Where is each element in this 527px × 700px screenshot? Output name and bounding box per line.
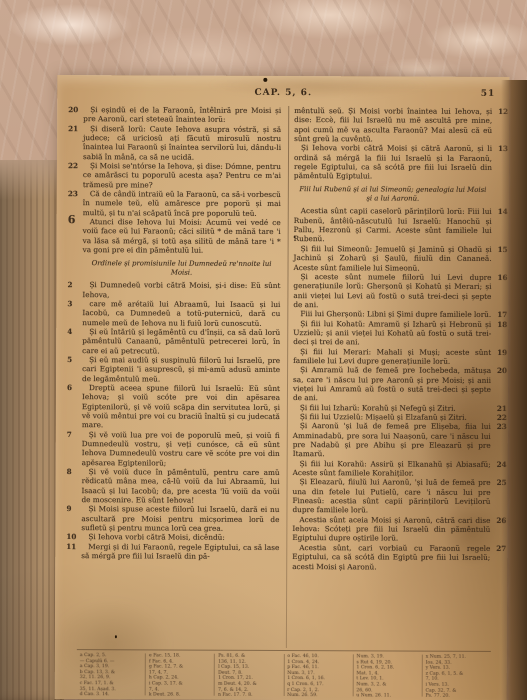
footnote-reference: Ps. 77, 20. bbox=[426, 694, 488, 697]
verse-paragraph: 6Dreptŭ aceea spune fiilorŭ lui Israelŭ:… bbox=[82, 383, 280, 431]
footnote-references-block: a Cap. 2, 5.— Capulŭ 6. —a Cap. 3, 19.b … bbox=[77, 649, 491, 697]
verse-paragraph: 7Și vĕ voiŭ lua pre voi de poporulŭ meŭ,… bbox=[82, 430, 280, 468]
verse-text: Dreptŭ aceea spune fiilorŭ lui Israelŭ: … bbox=[82, 383, 280, 429]
verse-paragraph: 4Și eŭ întăriŭ și legămêntŭ cu d'înșii, … bbox=[82, 327, 280, 356]
verse-text: Ordinele și promisiunile lui Dumnedeŭ re… bbox=[92, 259, 272, 276]
verse-number: 10 bbox=[66, 533, 76, 542]
page-header: CAP. 5, 6. 51 bbox=[57, 75, 509, 103]
verse-paragraph: 21Și diseră lorŭ: Caute Iehova asupra vó… bbox=[83, 124, 281, 162]
verse-paragraph: 25Și Eleazarŭ, fiiulŭ lui Aaronŭ, 'și lu… bbox=[292, 477, 490, 515]
verse-paragraph: 6Atunci dise Iehova lui Moisi: Acumŭ vei… bbox=[83, 217, 281, 255]
verse-number: 23 bbox=[68, 189, 78, 198]
verse-number: 4 bbox=[67, 327, 72, 336]
verse-paragraph: 5Și eŭ mai audiŭ și suspinulŭ fiilorŭ lu… bbox=[82, 355, 280, 384]
verse-paragraph: 2Și Dumnedeŭ vorbi cătră Moisi, și-i dis… bbox=[82, 280, 280, 300]
column-divider-rule bbox=[286, 106, 289, 648]
verse-text: Acestia sûnt aceia Moisi și Aaronŭ, cătr… bbox=[292, 515, 490, 543]
verse-text: Și Moisi se'ntórse la Iehova, și dise: D… bbox=[83, 161, 281, 189]
verse-text: Și fiii lui Korahŭ: Assirŭ și Elkanahŭ ș… bbox=[293, 459, 491, 478]
verse-text: Și vĕ voiŭ lua pre voi de poporulŭ meŭ, … bbox=[82, 430, 280, 467]
scripture-column-right: 12mêntulŭ seŭ. Și Moisi vorbi înaintea l… bbox=[292, 106, 492, 649]
verse-text: Și aceste sûnt numele fiilorŭ lui Levi d… bbox=[293, 272, 491, 309]
verse-text: Și diseră lorŭ: Caute Iehova asupra vóst… bbox=[83, 124, 281, 161]
verse-text: Și Moisi spuse aceste fiilorŭ lui Israel… bbox=[81, 505, 279, 533]
verse-text: Și fiii lui Simeonŭ: Jemuelŭ și Jaminŭ ș… bbox=[294, 244, 492, 272]
verse-text: Fiii lui Gherșonŭ: Libni și Șimi dupre f… bbox=[300, 309, 491, 319]
verse-number: 3 bbox=[67, 299, 72, 308]
verse-paragraph: 3care mĕ arétaiŭ lui Abraamŭ, lui Isaacŭ… bbox=[82, 299, 280, 328]
verse-number: 20 bbox=[68, 105, 78, 114]
verse-text: Acestia sûnt capii caselorŭ părințilorŭ … bbox=[294, 207, 492, 244]
verse-number: 21 bbox=[68, 124, 78, 133]
footnote-reference: u Num. 26, 11. bbox=[356, 693, 418, 696]
verse-number: 6 bbox=[67, 383, 72, 392]
verse-text: Și eșindŭ ei de la Faraonŭ, întêlniră pr… bbox=[83, 105, 281, 124]
verse-paragraph: 23Și Aaronŭ 'și luă de femeă pre Elișeba… bbox=[293, 421, 491, 459]
verse-text: Fiii lui Rubenŭ și ai lui Simeonŭ; genea… bbox=[299, 185, 486, 202]
scripture-column-left: 20Și eșindŭ ei de la Faraonŭ, întêlniră … bbox=[81, 105, 281, 648]
footnote-column: o Fac. 46, 10.1 Cron. 4, 24.p Fac. 46, 1… bbox=[284, 654, 353, 696]
verse-paragraph: 23Că de cândŭ intraiŭ eŭ la Faraonŭ, ca … bbox=[83, 189, 281, 218]
verse-number: 8 bbox=[67, 467, 72, 476]
section-heading: Fiii lui Rubenŭ și ai lui Simeonŭ; genea… bbox=[298, 185, 488, 203]
verse-text: Și eŭ mai audiŭ și suspinulŭ fiilorŭ lui… bbox=[82, 355, 280, 383]
footnote-reference: d Cap. 3, 14. bbox=[80, 692, 142, 697]
footnote-reference: n Fac. 17, 7, 8. bbox=[218, 693, 280, 697]
book-page-curl-edge bbox=[501, 80, 527, 700]
footnote-column: x Num. 25, 7, 11.Ios. 24, 33.y Vers. 13.… bbox=[423, 655, 491, 697]
verse-paragraph: 16Și aceste sûnt numele fiilorŭ lui Levi… bbox=[293, 272, 491, 310]
verse-text: Și fiii lui Kohatŭ: Amramŭ și Izharŭ și … bbox=[293, 319, 491, 347]
verse-paragraph: 11Mergi și di lui Faraonŭ, regele Egiptu… bbox=[81, 542, 279, 562]
verse-text: Și fiii lui Merari: Mahali și Muși; aces… bbox=[293, 347, 491, 366]
footnote-column: Ps. 81, 6. &136, 11, 12.l Cap. 15, 13.De… bbox=[215, 654, 284, 696]
verse-paragraph: 26Acestia sûnt aceia Moisi și Aaronŭ, că… bbox=[292, 515, 490, 544]
page-number: 51 bbox=[481, 89, 496, 99]
verse-text: Și Dumnedeŭ vorbi cătră Moisi, și-i dise… bbox=[82, 280, 280, 298]
verse-paragraph: 20Și Amramŭ luă de femeă pre Iochebeda, … bbox=[293, 365, 491, 403]
verse-text: Și Amramŭ luă de femeă pre Iochebeda, mă… bbox=[293, 365, 491, 402]
verse-paragraph: 20Și eșindŭ ei de la Faraonŭ, întêlniră … bbox=[83, 105, 281, 125]
section-heading: Ordinele și promisiunile lui Dumnedeŭ re… bbox=[86, 259, 276, 277]
footnote-column: Num. 3, 19.s Rut 4, 19, 20.1 Cron. 6, 2,… bbox=[353, 654, 422, 696]
verse-text: mêntulŭ seŭ. Și Moisi vorbi înaintea lui… bbox=[294, 106, 492, 143]
verse-number: 5 bbox=[67, 355, 72, 364]
verse-paragraph: 22Și Moisi se'ntórse la Iehova, și dise:… bbox=[83, 161, 281, 190]
verse-text: Și fiii lui Izharŭ: Korahŭ și Nefegŭ și … bbox=[300, 403, 456, 413]
footnote-reference: k Deut. 26, 8. bbox=[149, 693, 211, 697]
chapter-header-label: CAP. 5, 6. bbox=[57, 87, 509, 99]
verse-text: Că de cândŭ intraiŭ eŭ la Faraonŭ, ca să… bbox=[83, 189, 281, 217]
verse-paragraph: 27Acestia sûnt, cari vorbiaŭ cu Faraonŭ … bbox=[292, 543, 490, 572]
verse-text: Mergi și di lui Faraonŭ, regele Egiptulu… bbox=[81, 542, 279, 561]
verse-paragraph: 14Acestia sûnt capii caselorŭ părinților… bbox=[294, 206, 492, 244]
book-page: CAP. 5, 6. 51 20Și eșindŭ ei de la Farao… bbox=[55, 75, 510, 700]
footnote-reference: Num. 26, 59. bbox=[287, 693, 349, 697]
verse-text: Și Iehova vorbi cătră Moisi, dicêndŭ: bbox=[88, 533, 224, 543]
verse-text: Și fiii lui Uzzielŭ: Mișaelŭ și Elzafanŭ… bbox=[300, 412, 467, 422]
scripture-columns: 20Și eșindŭ ei de la Faraonŭ, întêlniră … bbox=[55, 101, 509, 649]
footnote-column: a Cap. 2, 5.— Capulŭ 6. —a Cap. 3, 19.b … bbox=[77, 653, 146, 695]
chapter-number: 6 bbox=[68, 215, 76, 224]
verse-paragraph: 19Și fiii lui Merari: Mahali și Muși; ac… bbox=[293, 347, 491, 367]
verse-number: 22 bbox=[68, 161, 78, 170]
verse-paragraph: 24Și fiii lui Korahŭ: Assirŭ și Elkanahŭ… bbox=[293, 459, 491, 479]
verse-paragraph: 8Și vĕ voiŭ duce în pămêntulŭ, pentru ca… bbox=[81, 467, 279, 505]
verse-number: 7 bbox=[67, 430, 72, 439]
verse-text: Atunci dise Iehova lui Moisi: Acumŭ vei … bbox=[83, 217, 281, 255]
verse-paragraph: 18Și fiii lui Kohatŭ: Amramŭ și Izharŭ ș… bbox=[293, 319, 491, 348]
verse-text: Și Eleazarŭ, fiiulŭ lui Aaronŭ, 'și luă … bbox=[292, 477, 490, 514]
photo-of-book-page: CAP. 5, 6. 51 20Și eșindŭ ei de la Farao… bbox=[0, 0, 527, 700]
verse-paragraph: 15Și fiii lui Simeonŭ: Jemuelŭ și Jaminŭ… bbox=[294, 244, 492, 273]
verse-number: 2 bbox=[67, 280, 72, 289]
verse-number: 11 bbox=[66, 542, 76, 551]
verse-text: care mĕ arétaiŭ lui Abraamŭ, lui Isaacŭ … bbox=[82, 299, 280, 327]
verse-paragraph: 13Și Iehova vorbi cătră Moisi și cătră A… bbox=[294, 143, 492, 181]
verse-paragraph: 12mêntulŭ seŭ. Și Moisi vorbi înaintea l… bbox=[294, 106, 492, 144]
verse-text: Și Iehova vorbi cătră Moisi și cătră Aar… bbox=[294, 143, 492, 180]
verse-text: Acestia sûnt, cari vorbiaŭ cu Faraonŭ re… bbox=[292, 543, 490, 571]
footnote-column: e Fac. 15, 18.f Fac. 6, 4.g Fac. 12, 7. … bbox=[146, 653, 215, 695]
verse-paragraph: 9Și Moisi spuse aceste fiilorŭ lui Israe… bbox=[81, 505, 279, 534]
verse-text: Și Aaronŭ 'și luă de femeă pre Elișeba, … bbox=[293, 421, 491, 458]
verse-number: 9 bbox=[66, 504, 71, 513]
verse-text: Și vĕ voiŭ duce în pămêntulŭ, pentru car… bbox=[81, 467, 279, 504]
verse-text: Și eŭ întăriŭ și legămêntŭ cu d'înșii, c… bbox=[82, 327, 280, 355]
